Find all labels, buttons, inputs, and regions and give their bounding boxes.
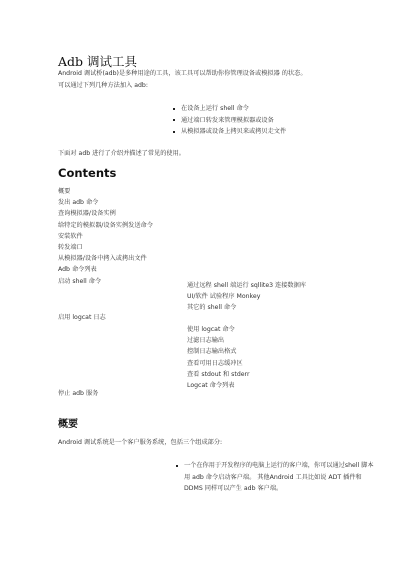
- toc-link[interactable]: 控制日志输出格式: [187, 346, 250, 357]
- toc-link[interactable]: 通过远程 shell 端运行 sqllite3 连接数据库: [187, 280, 306, 291]
- toc-link[interactable]: 停止 adb 服务: [58, 388, 98, 399]
- intro-after-text: 下面对 adb 进行了介绍并描述了常见的使用。: [58, 148, 185, 159]
- overview-bullet: 一个在你用于开发程序的电脑上运行的客户端，你可以通过shell 脚本用 adb …: [173, 460, 374, 495]
- toc-link[interactable]: 发出 adb 命令: [58, 197, 153, 208]
- toc-link[interactable]: 使用 logcat 命令: [187, 324, 250, 335]
- table-of-contents: 概要 发出 adb 命令 查询模拟器/设备实例 给特定的模拟器/设备实例发送命令…: [58, 186, 153, 287]
- contents-heading: Contents: [58, 166, 116, 180]
- toc-link[interactable]: 查看可用日志缓冲区: [187, 358, 250, 369]
- toc-link[interactable]: 查询模拟器/设备实例: [58, 208, 153, 219]
- toc-link[interactable]: 转发端口: [58, 242, 153, 253]
- toc-logcat-sublist: 使用 logcat 命令 过滤日志输出 控制日志输出格式 查看可用日志缓冲区 查…: [187, 324, 250, 391]
- toc-link[interactable]: 启用 logcat 日志: [58, 312, 106, 323]
- toc-link[interactable]: 概要: [58, 186, 153, 197]
- list-item: 从模拟器或设备上拷贝来或拷贝走文件: [170, 126, 286, 138]
- overview-heading: 概要: [58, 415, 78, 430]
- toc-link[interactable]: 其它的 shell 命令: [187, 302, 306, 313]
- intro-line-1: Android 调试桥(adb)是多种用途的工具，该工具可以帮助你你管理设备或模…: [58, 68, 307, 79]
- toc-link[interactable]: Logcat 命令列表: [187, 380, 250, 391]
- intro-line-2: 可以通过下列几种方法加入 adb:: [58, 80, 148, 91]
- toc-link[interactable]: 给特定的模拟器/设备实例发送命令: [58, 220, 153, 231]
- toc-link[interactable]: 查看 stdout 和 stderr: [187, 369, 250, 380]
- toc-link[interactable]: 从模拟器/设备中拷入或拷出文件: [58, 253, 153, 264]
- toc-link[interactable]: UI/软件 试验程序 Monkey: [187, 291, 306, 302]
- toc-link[interactable]: 安装软件: [58, 231, 153, 242]
- toc-shell-sublist: 通过远程 shell 端运行 sqllite3 连接数据库 UI/软件 试验程序…: [187, 280, 306, 314]
- overview-text: Android 调试系统是一个客户服务系统，包括三个组成部分:: [58, 437, 222, 448]
- list-item: 在设备上运行 shell 命令: [170, 103, 286, 115]
- toc-link[interactable]: 启动 shell 命令: [58, 276, 153, 287]
- toc-link[interactable]: Adb 命令列表: [58, 264, 153, 275]
- toc-link[interactable]: 过滤日志输出: [187, 335, 250, 346]
- intro-bullet-list: 在设备上运行 shell 命令 通过端口转发来管理模拟器或设备 从模拟器或设备上…: [170, 103, 286, 138]
- list-item: 通过端口转发来管理模拟器或设备: [170, 115, 286, 127]
